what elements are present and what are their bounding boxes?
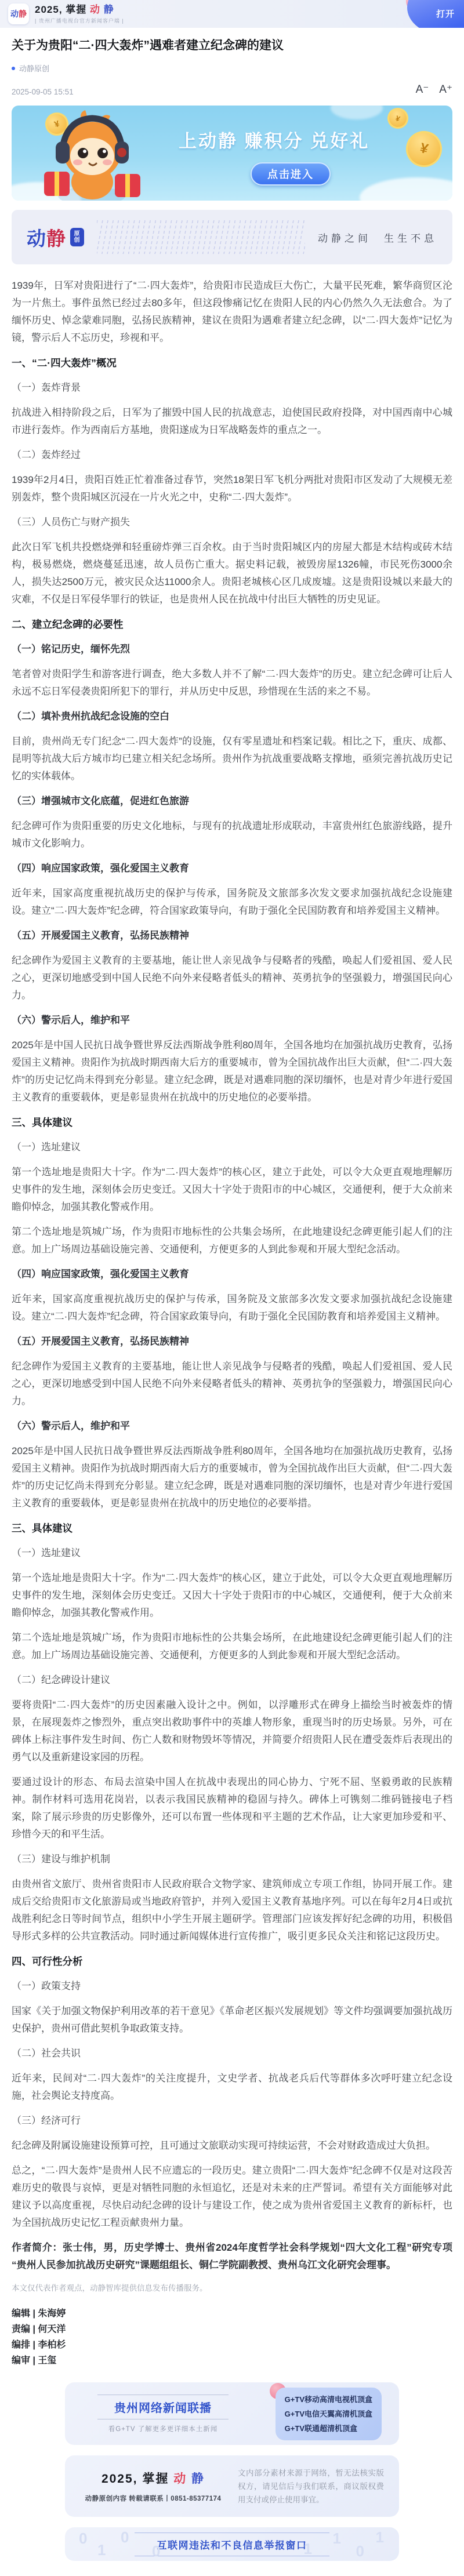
copyright-contact: 动静原创内容 转载请联系丨0851-85377174 [80, 2494, 226, 2503]
app-promo-bar: 动静 2025, 掌握 动 静 | 贵州广播电视台官方新闻客户端 | 打开 [0, 0, 464, 28]
sub-heading: （五）开展爱国主义教育，弘扬民族精神 [12, 927, 452, 944]
section-heading: 三、具体建议 [12, 1114, 452, 1131]
paragraph: 1939年，日军对贵阳进行了“二·四大轰炸”，给贵阳市民造成巨大伤亡，大量平民死… [12, 277, 452, 347]
sub-heading: （三）建设与维护机制 [12, 1851, 452, 1868]
sub-heading: （六）警示后人，维护和平 [12, 1418, 452, 1435]
paragraph: 国家《关于加强文物保护利用改革的若干意见》《革命老区振兴发展规划》等文件均强调要… [12, 2003, 452, 2037]
paragraph: 第一个选址地是贵阳大十字。作为“二·四大轰炸”的核心区，建立于此处，可以令大众更… [12, 1569, 452, 1622]
sub-heading: （三）人员伤亡与财产损失 [12, 514, 452, 531]
paragraph: 纪念碑可作为贵阳重要的历史文化地标，与现有的抗战遗址形成联动，丰富贵州红色旅游线… [12, 818, 452, 852]
paragraph: 由贵州省文旅厅、贵州省贵阳市人民政府联合文物学家、建筑师成立专项工作组，协同开展… [12, 1876, 452, 1945]
publish-date: 2025-09-05 15:51 [12, 88, 74, 96]
appbar-headline: 2025, 掌握 动 静 [35, 4, 124, 15]
original-badge: 原创 [70, 228, 84, 246]
appbar-subtitle: | 贵州广播电视台官方新闻客户端 | [35, 17, 124, 24]
origin-strip-logo: 动静 原创 [27, 224, 84, 251]
gtv-box-line: G+TV电信天翼高清机顶盒 [285, 2407, 372, 2421]
paragraph: 目前，贵州尚无专门纪念“二·四大轰炸”的设施，仅有零星遗址和档案记载。相比之下，… [12, 733, 452, 785]
paragraph: 1939年2月4日，贵阳百姓正忙着准备过春节，突然18架日军飞机分两批对贵阳市区… [12, 471, 452, 506]
section-heading: 一、“二·四大轰炸”概况 [12, 354, 452, 372]
sub-heading: （五）开展爱国主义教育，弘扬民族精神 [12, 1333, 452, 1350]
dash-pattern-decoration [97, 220, 305, 254]
strip-slogan-left: 动静之间 [318, 233, 371, 244]
appbar-headline-prefix: 2025, 掌握 [35, 4, 90, 15]
sub-heading: （四）响应国家政策，强化爱国主义教育 [12, 1266, 452, 1283]
coin-icon: ¥ [385, 106, 411, 132]
copyright-brand-jing: 静 [191, 2472, 205, 2486]
origin-tag-row: 动静原创 [12, 63, 452, 74]
binary-digit-decoration: 0 [121, 2528, 129, 2546]
strip-slogan: 动静之间生生不息 [318, 230, 437, 245]
divider-line [97, 2419, 229, 2419]
strip-brand-jing: 静 [46, 224, 66, 251]
paragraph: 纪念碑作为爱国主义教育的主要基地，能让世人亲见战争与侵略者的残酷，唤起人们爱祖国… [12, 1358, 452, 1410]
paragraph: 抗战进入相持阶段之后，日军为了摧毁中国人民的抗战意志，迫使国民政府投降，对中国西… [12, 404, 452, 439]
sub-heading: （二）填补贵州抗战纪念设施的空白 [12, 708, 452, 725]
sub-heading: （一）轰炸背景 [12, 379, 452, 397]
copyright-card-left: 2025, 掌握 动 静 动静原创内容 转载请联系丨0851-85377174 [80, 2469, 226, 2503]
paragraph: 2025年是中国人民抗日战争暨世界反法西斯战争胜利80周年，全国各地均在加强抗战… [12, 1037, 452, 1106]
meta-row: 2025-09-05 15:51 A⁻ A⁺ [12, 83, 452, 96]
section-heading: 三、具体建议 [12, 1520, 452, 1537]
cloud-decoration [360, 177, 452, 201]
paragraph: 要将贵阳“二·四大轰炸”的历史因素融入设计之中。例如，以浮雕形式在碑身上描绘当时… [12, 1696, 452, 1766]
sub-heading: （一）选址建议 [12, 1545, 452, 1562]
gztv-card-left: 贵州网络新闻联播 看G+TV 了解更多更详细本土新闻 [97, 2395, 229, 2433]
disclaimer-note: 本文仅代表作者观点，动静智库提供信息发布传播服务。 [12, 2281, 452, 2295]
promo-banner[interactable]: ¥ ¥ ¥ 上动静 赚积分 兑好礼 点击进入 [12, 106, 452, 201]
divider-line [97, 2395, 229, 2395]
page-title: 关于为贵阳“二·四大轰炸”遇难者建立纪念碑的建议 [12, 37, 452, 55]
origin-strip: 动静 原创 动静之间生生不息 [12, 210, 452, 264]
gtv-box-wrap: G+TV移动高清电视机顶盒G+TV电信天翼高清机顶盒G+TV联通超清机顶盒 [275, 2388, 382, 2440]
origin-tag: 动静原创 [19, 63, 49, 74]
paragraph: 2025年是中国人民抗日战争暨世界反法西斯战争胜利80周年，全国各地均在加强抗战… [12, 1443, 452, 1512]
sub-heading: （一）选址建议 [12, 1139, 452, 1156]
mascot-illustration [27, 109, 160, 201]
gztv-card-subtitle: 看G+TV 了解更多更详细本土新闻 [97, 2424, 229, 2433]
font-increase-button[interactable]: A⁺ [439, 83, 452, 96]
binary-digit-decoration: 1 [97, 2541, 106, 2559]
cloud-decoration [331, 106, 383, 119]
report-window-card[interactable]: 互联网违法和不良信息举报窗口 01010101 [65, 2527, 399, 2561]
copyright-notice: 文内部分素材来源于网络，暂无法核实版权方，请见信后与我们联系，商议版权费用支付或… [238, 2466, 384, 2506]
copyright-headline-prefix: 2025, 掌握 [101, 2472, 173, 2486]
gztv-card-title: 贵州网络新闻联播 [97, 2399, 229, 2415]
sub-heading: （一）铭记历史，缅怀先烈 [12, 641, 452, 658]
gtv-box-line: G+TV联通超清机顶盒 [285, 2421, 372, 2436]
paragraph: 总之，“二·四大轰炸”是贵州人民不应遗忘的一段历史。建立贵阳“二·四大轰炸”纪念… [12, 2162, 452, 2232]
strip-brand-dong: 动 [27, 224, 46, 251]
appbar-text: 2025, 掌握 动 静 | 贵州广播电视台官方新闻客户端 | [35, 4, 124, 24]
section-heading: 二、建立纪念碑的必要性 [12, 616, 452, 633]
paragraph: 第二个选址地是筑城广场，作为贵阳市地标性的公共集会场所，在此地建设纪念碑更能引起… [12, 1223, 452, 1258]
binary-digit-decoration: 0 [356, 2542, 364, 2560]
gztv-promo-card: 贵州网络新闻联播 看G+TV 了解更多更详细本土新闻 G+TV移动高清电视机顶盒… [65, 2382, 399, 2445]
footer-cards: 贵州网络新闻联播 看G+TV 了解更多更详细本土新闻 G+TV移动高清电视机顶盒… [0, 2368, 464, 2576]
gtv-box: G+TV移动高清电视机顶盒G+TV电信天翼高清机顶盒G+TV联通超清机顶盒 [275, 2388, 382, 2440]
editor-credit: 编排 | 李柏杉 [12, 2337, 452, 2353]
gtv-box-line: G+TV移动高清电视机顶盒 [285, 2392, 372, 2407]
coin-icon: ¥ [402, 127, 445, 170]
sub-heading: （三）经济可行 [12, 2112, 452, 2130]
sub-heading: （三）增强城市文化底蕴，促进红色旅游 [12, 793, 452, 810]
banner-cta-button[interactable]: 点击进入 [251, 162, 331, 186]
sub-heading: （二）社会共识 [12, 2045, 452, 2062]
divider-line [135, 2533, 329, 2533]
app-icon-char-jing: 静 [19, 8, 27, 20]
sub-heading: （六）警示后人，维护和平 [12, 1012, 452, 1029]
sub-heading: （二）轰炸经过 [12, 446, 452, 464]
paragraph: 纪念碑及附属设施建设预算可控，且可通过文旅联动实现可持续运营，不会对财政造成过大… [12, 2137, 452, 2154]
paragraph: 笔者曾对贵阳学生和游客进行调查，绝大多数人并不了解“二·四大轰炸”的历史。建立纪… [12, 666, 452, 700]
paragraph: 要通过设计的形态、布局去渲染中国人在抗战中表现出的同心协力、宁死不屈、坚毅勇敢的… [12, 1774, 452, 1843]
binary-digit-decoration: 0 [79, 2530, 87, 2548]
report-window-title: 互联网违法和不良信息举报窗口 [157, 2537, 307, 2552]
dongjing-app-icon: 动静 [8, 3, 29, 24]
paragraph: 近年来，国家高度重视抗战历史的保护与传承，国务院及文旅部多次发文要求加强抗战纪念… [12, 1291, 452, 1325]
paragraph: 近年来，民间对“二·四大轰炸”的关注度提升，文史学者、抗战老兵后代等群体多次呼吁… [12, 2070, 452, 2105]
section-heading: 四、可行性分析 [12, 1953, 452, 1970]
editor-credit: 编审 | 王玺 [12, 2353, 452, 2368]
article-body: 1939年，日军对贵阳进行了“二·四大轰炸”，给贵阳市民造成巨大伤亡，大量平民死… [0, 264, 464, 2368]
open-app-button[interactable] [407, 0, 464, 28]
appbar-brand-jing: 静 [104, 4, 114, 15]
copyright-card: 2025, 掌握 动 静 动静原创内容 转载请联系丨0851-85377174 … [65, 2455, 399, 2517]
editor-credit: 编辑 | 朱海婷 [12, 2306, 452, 2321]
sub-heading: （二）纪念碑设计建议 [12, 1672, 452, 1689]
paragraph: 近年来，国家高度重视抗战历史的保护与传承，国务院及文旅部多次发文要求加强抗战纪念… [12, 885, 452, 920]
divider-line [135, 2556, 329, 2556]
binary-digit-decoration: 1 [376, 2528, 384, 2546]
article-header: 关于为贵阳“二·四大轰炸”遇难者建立纪念碑的建议 动静原创 2025-09-05… [0, 28, 464, 99]
editor-credit: 责编 | 何天洋 [12, 2321, 452, 2337]
banner-slogan: 上动静 赚积分 兑好礼 [179, 126, 369, 152]
strip-slogan-right: 生生不息 [384, 233, 437, 244]
paragraph: 纪念碑作为爱国主义教育的主要基地，能让世人亲见战争与侵略者的残酷，唤起人们爱祖国… [12, 952, 452, 1004]
paragraph: 第一个选址地是贵阳大十字。作为“二·四大轰炸”的核心区，建立于此处，可以令大众更… [12, 1164, 452, 1216]
font-decrease-button[interactable]: A⁻ [416, 83, 429, 96]
binary-digit-decoration: 1 [333, 2530, 341, 2548]
copyright-headline: 2025, 掌握 动 静 [80, 2469, 226, 2487]
paragraph: 第二个选址地是筑城广场，作为贵阳市地标性的公共集会场所，在此地建设纪念碑更能引起… [12, 1629, 452, 1664]
font-size-controls: A⁻ A⁺ [416, 83, 452, 96]
sub-heading: （一）政策支持 [12, 1978, 452, 1995]
copyright-brand-dong: 动 [173, 2472, 187, 2486]
app-icon-char-dong: 动 [10, 8, 19, 20]
paragraph: 此次日军飞机共投燃烧弹和轻重磅炸弹三百余枚。由于当时贵阳城区内的房屋大都是木结构… [12, 539, 452, 608]
sub-heading: （四）响应国家政策，强化爱国主义教育 [12, 860, 452, 877]
author-bio: 作者简介：张士伟，男，历史学博士、贵州省2024年度哲学社会科学规划“四大文化工… [12, 2239, 452, 2274]
appbar-brand-dong: 动 [90, 4, 100, 15]
blue-dot-icon [12, 67, 15, 70]
